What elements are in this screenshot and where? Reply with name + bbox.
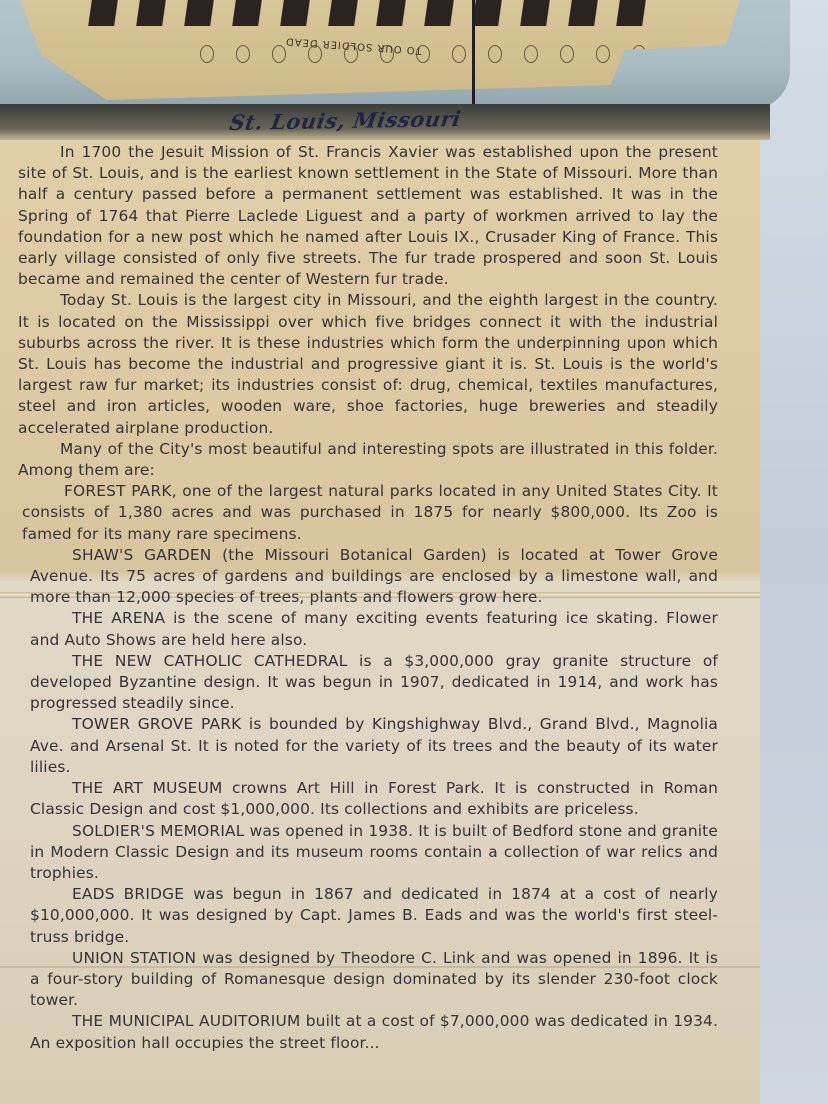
background-surface	[760, 0, 828, 1104]
memorial-building-drawing: TO OUR SOLDIER DEAD	[20, 0, 740, 100]
paragraph-intro-spots: Many of the City's most beautiful and in…	[18, 439, 718, 481]
lead-tower-grove-park: TOWER GROVE PARK	[72, 715, 241, 733]
paragraph-art-museum: THE ART MUSEUM crowns Art Hill in Forest…	[18, 778, 718, 820]
paragraph-shaws-garden: SHAW'S GARDEN (the Missouri Botanical Ga…	[18, 545, 718, 609]
paragraph-history: In 1700 the Jesuit Mission of St. Franci…	[18, 142, 718, 290]
paragraph-eads-bridge: EADS BRIDGE was begun in 1867 and dedica…	[18, 884, 718, 948]
lead-municipal-auditorium: THE MUNICIPAL AUDITORIUM	[72, 1012, 300, 1030]
lead-cathedral: THE NEW CATHOLIC CATHEDRAL	[72, 652, 347, 670]
paragraph-municipal-auditorium: THE MUNICIPAL AUDITORIUM built at a cost…	[18, 1011, 718, 1053]
paragraph-soldiers-memorial: SOLDIER'S MEMORIAL was opened in 1938. I…	[18, 821, 718, 885]
body-text: In 1700 the Jesuit Mission of St. Franci…	[18, 142, 718, 1054]
lead-union-station: UNION STATION	[72, 949, 196, 967]
flag-pole	[472, 0, 475, 104]
paragraph-forest-park: FOREST PARK, one of the largest natural …	[18, 481, 718, 545]
page-title: St. Louis, Missouri	[228, 106, 463, 135]
paragraph-arena: THE ARENA is the scene of many exciting …	[18, 608, 718, 650]
paragraph-cathedral: THE NEW CATHOLIC CATHEDRAL is a $3,000,0…	[18, 651, 718, 715]
lead-arena: THE ARENA	[72, 609, 165, 627]
colonnade-windows	[90, 0, 690, 28]
paragraph-union-station: UNION STATION was designed by Theodore C…	[18, 948, 718, 1012]
lead-forest-park: FOREST PARK,	[64, 482, 177, 500]
lead-shaws-garden: SHAW'S GARDEN	[72, 546, 212, 564]
lead-eads-bridge: EADS BRIDGE	[72, 885, 184, 903]
paragraph-tower-grove-park: TOWER GROVE PARK is bounded by Kingshigh…	[18, 714, 718, 778]
lead-art-museum: THE ART MUSEUM	[72, 779, 222, 797]
soldiers-memorial-illustration: TO OUR SOLDIER DEAD	[0, 0, 790, 110]
medallion-ornaments	[200, 45, 646, 63]
lead-soldiers-memorial: SOLDIER'S MEMORIAL	[72, 822, 245, 840]
paragraph-today: Today St. Louis is the largest city in M…	[18, 290, 718, 438]
